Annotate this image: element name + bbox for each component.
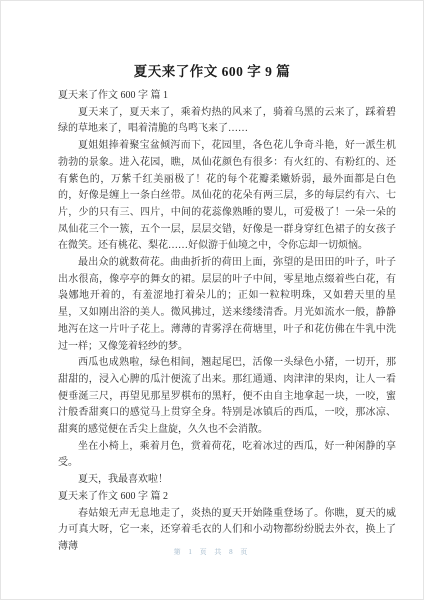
essay-paragraph: 夏姐姐捧着聚宝盆倾泻而下，花园里，各色花儿争奇斗艳，好一派生机勃勃的景象。进入花… [58, 138, 396, 255]
document-page: 夏天来了作文 600 字 9 篇 夏天来了作文 600 字 篇 1夏天来了，夏天… [0, 0, 424, 600]
essay-paragraph: 夏天，我最喜欢啦！ [58, 472, 396, 489]
essay-paragraph: 西瓜也成熟啦，绿色相间，翘起尾巴，活像一头绿色小猪，一切开，那甜甜的，浸入心脾的… [58, 355, 396, 439]
essay-section-heading: 夏天来了作文 600 字 篇 1 [58, 88, 396, 105]
page-footer: 第 1 页 共 8 页 [1, 547, 423, 557]
page-number-text: 第 1 页 共 8 页 [174, 548, 251, 556]
document-body: 夏天来了作文 600 字 篇 1夏天来了，夏天来了，乘着灼热的风来了，骑着乌黑的… [1, 81, 423, 556]
essay-paragraph: 坐在小椅上，乘着月色，赏着荷花，吃着冰过的西瓜，好一种闲静的享受。 [58, 439, 396, 472]
essay-paragraph: 最出众的就数荷花。曲曲折折的荷田上面，弥望的是田田的叶子，叶子出水很高，像亭亭的… [58, 255, 396, 355]
document-title: 夏天来了作文 600 字 9 篇 [1, 1, 423, 81]
essay-section-heading: 夏天来了作文 600 字 篇 2 [58, 489, 396, 506]
essay-paragraph: 夏天来了，夏天来了，乘着灼热的风来了，骑着乌黑的云来了，踩着碧绿的草地来了，唱着… [58, 105, 396, 138]
